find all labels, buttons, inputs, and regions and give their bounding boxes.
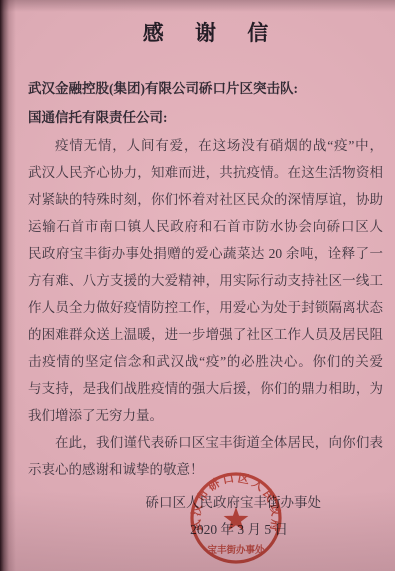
body-line: 的困难群众送上温暖，进一步增强了社区工作人员及居民阻	[28, 321, 383, 348]
body-line: 方有难、八方支援的大爱精神，用实际行动支持社区一线工	[28, 267, 383, 294]
body-line: 在此，我们谨代表硚口区宝丰街道全体居民，向你们表	[28, 429, 383, 456]
body-line: 武汉人民齐心协力，知难而进，共抗疫情。在这生活物资相	[28, 159, 383, 186]
signature: 硚口区人民政府宝丰街办事处	[28, 489, 383, 516]
body-line: 示衷心的感谢和诚挚的敬意！	[28, 456, 383, 483]
body-line: 运输石首市南口镇人民政府和石首市防水协会向硚口区人	[28, 213, 383, 240]
letter-content: 感 谢 信 武汉金融控股(集团)有限公司硚口片区突击队: 国通信托有限责任公司:…	[0, 0, 395, 571]
letter-title: 感 谢 信	[28, 18, 383, 48]
body-line: 与支持，是我们战胜疫情的强大后援，你们的鼎力相助，为	[28, 375, 383, 402]
body-line: 对紧缺的特殊时刻，你们怀着对社区民众的深情厚谊，协助	[28, 186, 383, 213]
date: 2020 年 3 月 5 日	[28, 516, 383, 543]
body-line: 疫情无情，人间有爱，在这场没有硝烟的战“疫”中，	[28, 132, 383, 159]
letter-photo: 感 谢 信 武汉金融控股(集团)有限公司硚口片区突击队: 国通信托有限责任公司:…	[0, 0, 395, 571]
body-line: 击疫情的坚定信念和武汉战“疫”的必胜决心。你们的关爱	[28, 348, 383, 375]
recipient-line-2: 国通信托有限责任公司:	[28, 103, 383, 132]
body-line: 我们增添了无穷力量。	[28, 402, 383, 429]
body-line: 作人员全力做好疫情防控工作，用爱心为处于封锁隔离状态	[28, 294, 383, 321]
recipient-line-1: 武汉金融控股(集团)有限公司硚口片区突击队:	[28, 74, 383, 103]
body-line: 民政府宝丰街办事处捐赠的爱心蔬菜达 20 余吨，诠释了一	[28, 240, 383, 267]
